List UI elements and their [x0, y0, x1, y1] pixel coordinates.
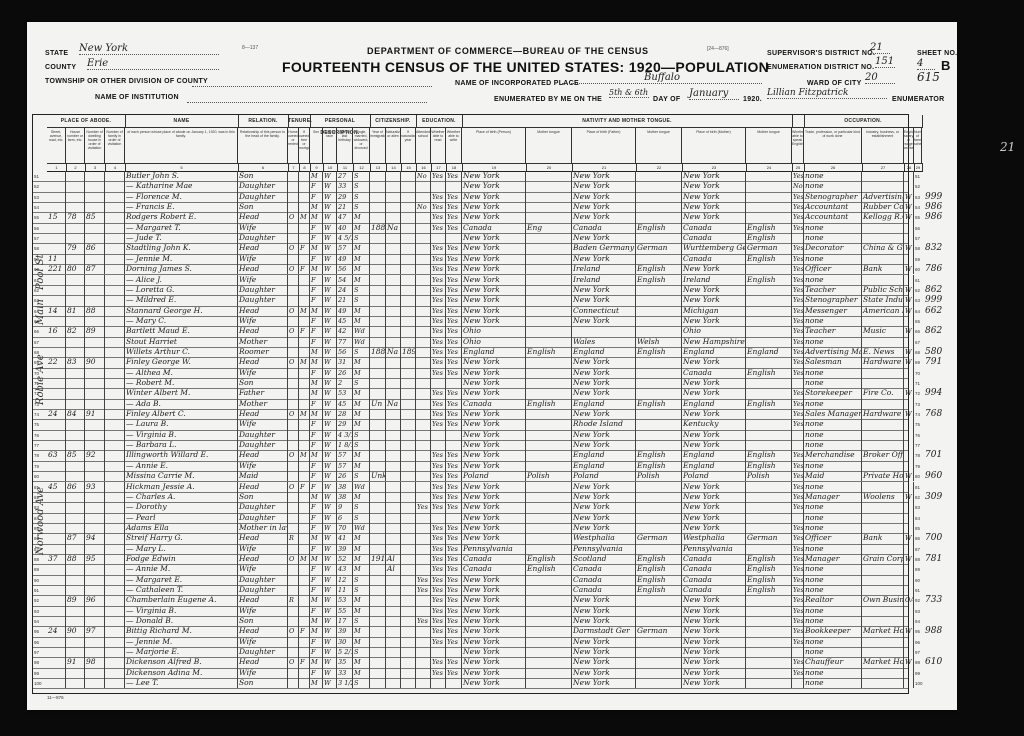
relation-cell: Daughter: [238, 513, 288, 523]
line-number-right: 97: [915, 650, 920, 655]
marital-cell: S: [353, 233, 370, 243]
dwelling-cell: [85, 544, 105, 554]
age-cell: 45: [337, 399, 353, 409]
employer-class-cell: W: [904, 212, 914, 222]
name-cell: Dickenson Adina M.: [125, 668, 238, 678]
relation-cell: Mother: [238, 337, 288, 347]
father-birthplace-cell: New York: [572, 616, 636, 626]
name-cell: Illingworth Willard E.: [125, 450, 238, 460]
race-cell: W: [323, 202, 337, 212]
relation-cell: Head: [238, 595, 288, 605]
naturalized-cell: [386, 192, 401, 202]
house-number-cell: [66, 347, 85, 357]
name-cell: — Charles A.: [125, 492, 238, 502]
column-header: House number or farm, etc.: [66, 127, 85, 163]
state-value: New York: [79, 43, 219, 55]
naturalized-year-cell: [401, 254, 416, 264]
father-tongue-cell: [636, 181, 682, 191]
speaks-english-cell: Yes: [792, 171, 804, 181]
read-cell: Yes: [431, 419, 446, 429]
mother-mother-tongue-cell: English: [746, 275, 792, 285]
name-cell: — Laura B.: [125, 419, 238, 429]
age-cell: 38: [337, 492, 353, 502]
relation-cell: Head: [238, 657, 288, 667]
school-cell: [416, 678, 431, 688]
tenure-cell: O: [288, 243, 299, 253]
sex-cell: F: [310, 181, 323, 191]
naturalized-year-cell: [401, 399, 416, 409]
marital-cell: S: [353, 181, 370, 191]
mother-birthplace-cell: New York: [682, 513, 746, 523]
naturalized-cell: [386, 544, 401, 554]
dwelling-cell: 89: [85, 326, 105, 336]
immigration-cell: [370, 171, 386, 181]
sheet-value: 4: [917, 58, 935, 70]
mother-mother-tongue-cell: [746, 419, 792, 429]
age-cell: 38: [337, 482, 353, 492]
marital-cell: M: [353, 388, 370, 398]
line-number-right: 71: [915, 381, 920, 386]
mortgage-cell: F: [299, 657, 310, 667]
birthplace-cell: England: [462, 347, 526, 357]
marital-cell: S: [353, 616, 370, 626]
line-number-right: 66: [915, 329, 920, 334]
race-cell: W: [323, 326, 337, 336]
mother-tongue-cell: [526, 264, 572, 274]
street-margin-note: Robie Ave: [35, 354, 46, 405]
race-cell: W: [323, 399, 337, 409]
family-cell: [105, 502, 125, 512]
write-cell: Yes: [446, 254, 462, 264]
relation-cell: Wife: [238, 461, 288, 471]
name-cell: — Jude T.: [125, 233, 238, 243]
immigration-cell: Unknown: [370, 471, 386, 481]
father-birthplace-cell: Westphalia: [572, 533, 636, 543]
column-header: Color or race: [323, 127, 337, 163]
immigration-cell: [370, 181, 386, 191]
father-tongue-cell: [636, 544, 682, 554]
father-tongue-cell: English: [636, 564, 682, 574]
race-cell: W: [323, 223, 337, 233]
mother-birthplace-cell: New York: [682, 657, 746, 667]
naturalized-cell: [386, 678, 401, 688]
family-cell: [105, 419, 125, 429]
mother-tongue-cell: [526, 430, 572, 440]
dwelling-cell: [85, 337, 105, 347]
sex-cell: F: [310, 471, 323, 481]
line-number-right: 92: [915, 598, 920, 603]
mortgage-cell: [299, 513, 310, 523]
mortgage-cell: F: [299, 626, 310, 636]
naturalized-cell: [386, 450, 401, 460]
naturalized-cell: [386, 430, 401, 440]
immigration-cell: [370, 388, 386, 398]
age-cell: 31: [337, 357, 353, 367]
occupation-cell: none: [804, 223, 862, 233]
industry-cell: [862, 482, 904, 492]
house-number-cell: 85: [66, 450, 85, 460]
speaks-english-cell: Yes: [792, 388, 804, 398]
age-cell: 49: [337, 254, 353, 264]
dwelling-cell: 87: [85, 264, 105, 274]
father-birthplace-cell: England: [572, 450, 636, 460]
naturalized-year-cell: [401, 243, 416, 253]
naturalized-year-cell: [401, 171, 416, 181]
father-tongue-cell: [636, 357, 682, 367]
sex-cell: M: [310, 378, 323, 388]
street-cell: [47, 171, 66, 181]
tenure-cell: [288, 616, 299, 626]
immigration-cell: 1888: [370, 223, 386, 233]
industry-cell: Grain Corp.: [862, 554, 904, 564]
birthplace-cell: New York: [462, 595, 526, 605]
employer-class-cell: [904, 513, 914, 523]
naturalized-year-cell: [401, 678, 416, 688]
father-birthplace-cell: New York: [572, 295, 636, 305]
write-cell: Yes: [446, 399, 462, 409]
age-cell: 47: [337, 212, 353, 222]
line-number: 52: [34, 184, 39, 189]
farm-schedule-cell: [924, 419, 964, 429]
mother-birthplace-cell: New York: [682, 430, 746, 440]
marital-cell: S: [353, 202, 370, 212]
tenure-cell: O: [288, 450, 299, 460]
mother-tongue-cell: [526, 502, 572, 512]
occupation-cell: Stenographer: [804, 192, 862, 202]
father-tongue-cell: [636, 295, 682, 305]
read-cell: Yes: [431, 264, 446, 274]
name-cell: — Mary L.: [125, 544, 238, 554]
tenure-cell: R: [288, 595, 299, 605]
mother-tongue-cell: [526, 513, 572, 523]
mother-tongue-cell: [526, 295, 572, 305]
farm-schedule-cell: [924, 275, 964, 285]
relation-cell: Head: [238, 626, 288, 636]
farm-schedule-cell: [924, 575, 964, 585]
occupation-cell: Storekeeper: [804, 388, 862, 398]
father-birthplace-cell: New York: [572, 595, 636, 605]
write-cell: [446, 440, 462, 450]
farm-schedule-cell: 999: [924, 192, 964, 202]
census-sheet: STATE New York COUNTY Erie TOWNSHIP OR O…: [27, 22, 957, 710]
tenure-cell: O: [288, 482, 299, 492]
naturalized-cell: [386, 461, 401, 471]
relation-cell: Head: [238, 212, 288, 222]
occupation-cell: Advertising Manager: [804, 347, 862, 357]
naturalized-cell: [386, 388, 401, 398]
mortgage-cell: [299, 202, 310, 212]
farm-schedule-cell: [924, 482, 964, 492]
speaks-english-cell: Yes: [792, 264, 804, 274]
occupation-cell: none: [804, 254, 862, 264]
enumeration-value: 151: [875, 56, 895, 68]
mother-birthplace-cell: Pennsylvania: [682, 544, 746, 554]
father-tongue-cell: English: [636, 347, 682, 357]
street-cell: [47, 564, 66, 574]
mother-birthplace-cell: New York: [682, 378, 746, 388]
father-tongue-cell: English: [636, 223, 682, 233]
school-cell: [416, 233, 431, 243]
age-cell: 57: [337, 461, 353, 471]
mother-birthplace-cell: Canada: [682, 233, 746, 243]
dwelling-cell: [85, 419, 105, 429]
industry-cell: Broker Office: [862, 450, 904, 460]
house-number-cell: [66, 223, 85, 233]
family-cell: [105, 544, 125, 554]
employer-class-cell: W: [904, 554, 914, 564]
write-cell: Yes: [446, 585, 462, 595]
column-header: Place of birth (Father): [572, 127, 636, 163]
farm-schedule-cell: 986: [924, 212, 964, 222]
occupation-cell: none: [804, 482, 862, 492]
mother-birthplace-cell: Michigan: [682, 306, 746, 316]
school-cell: [416, 523, 431, 533]
mother-tongue-cell: [526, 368, 572, 378]
age-cell: 21: [337, 202, 353, 212]
industry-cell: [862, 513, 904, 523]
read-cell: Yes: [431, 595, 446, 605]
mother-tongue-cell: [526, 482, 572, 492]
farm-schedule-cell: [924, 378, 964, 388]
age-cell: 21: [337, 295, 353, 305]
family-cell: [105, 212, 125, 222]
speaks-english-cell: Yes: [792, 657, 804, 667]
read-cell: Yes: [431, 399, 446, 409]
mother-mother-tongue-cell: [746, 523, 792, 533]
dwelling-cell: [85, 440, 105, 450]
father-birthplace-cell: New York: [572, 212, 636, 222]
employer-class-cell: [904, 668, 914, 678]
mortgage-cell: [299, 678, 310, 688]
relation-cell: Wife: [238, 564, 288, 574]
tenure-cell: [288, 378, 299, 388]
marital-cell: Wd: [353, 523, 370, 533]
employer-class-cell: [904, 275, 914, 285]
age-cell: 35: [337, 657, 353, 667]
mortgage-cell: [299, 223, 310, 233]
line-number: 51: [34, 174, 39, 179]
immigration-cell: [370, 264, 386, 274]
relation-cell: Head: [238, 450, 288, 460]
line-number: 54: [34, 205, 39, 210]
mother-mother-tongue-cell: [746, 357, 792, 367]
line-number-right: 78: [915, 453, 920, 458]
mother-tongue-cell: [526, 171, 572, 181]
age-cell: 56: [337, 347, 353, 357]
father-birthplace-cell: New York: [572, 637, 636, 647]
employer-class-cell: W: [904, 326, 914, 336]
relation-cell: Daughter: [238, 502, 288, 512]
read-cell: Yes: [431, 368, 446, 378]
speaks-english-cell: Yes: [792, 223, 804, 233]
dwelling-cell: [85, 388, 105, 398]
mother-mother-tongue-cell: [746, 181, 792, 191]
read-cell: Yes: [431, 554, 446, 564]
line-number-right: 87: [915, 547, 920, 552]
sex-cell: F: [310, 368, 323, 378]
family-cell: [105, 440, 125, 450]
house-number-cell: 86: [66, 482, 85, 492]
mother-mother-tongue-cell: English: [746, 233, 792, 243]
mother-birthplace-cell: England: [682, 461, 746, 471]
father-birthplace-cell: New York: [572, 378, 636, 388]
father-birthplace-cell: New York: [572, 233, 636, 243]
father-tongue-cell: [636, 595, 682, 605]
mother-birthplace-cell: Canada: [682, 575, 746, 585]
name-cell: Bartlett Maud E.: [125, 326, 238, 336]
sex-cell: M: [310, 264, 323, 274]
relation-cell: Daughter: [238, 575, 288, 585]
mother-mother-tongue-cell: [746, 647, 792, 657]
father-tongue-cell: [636, 606, 682, 616]
birthplace-cell: New York: [462, 482, 526, 492]
mortgage-cell: [299, 233, 310, 243]
mortgage-cell: M: [299, 554, 310, 564]
house-number-cell: [66, 440, 85, 450]
speaks-english-cell: Yes: [792, 554, 804, 564]
birthplace-cell: New York: [462, 378, 526, 388]
father-birthplace-cell: New York: [572, 409, 636, 419]
ward-label: WARD OF CITY: [807, 80, 862, 87]
marital-cell: S: [353, 347, 370, 357]
marital-cell: M: [353, 419, 370, 429]
industry-cell: State Industrial Com.: [862, 295, 904, 305]
mother-mother-tongue-cell: [746, 264, 792, 274]
read-cell: [431, 513, 446, 523]
name-cell: — Pearl: [125, 513, 238, 523]
relation-cell: Roomer: [238, 347, 288, 357]
farm-schedule-cell: 994: [924, 388, 964, 398]
employer-class-cell: [904, 419, 914, 429]
occupation-cell: Chauffeur: [804, 657, 862, 667]
tenure-cell: O: [288, 326, 299, 336]
line-number-right: 58: [915, 246, 920, 251]
mother-birthplace-cell: New York: [682, 285, 746, 295]
dwelling-cell: [85, 606, 105, 616]
employer-class-cell: [904, 461, 914, 471]
line-number: 92: [34, 598, 39, 603]
name-cell: Missina Carrie M.: [125, 471, 238, 481]
immigration-cell: Un: [370, 399, 386, 409]
tenure-cell: [288, 254, 299, 264]
mother-tongue-cell: [526, 668, 572, 678]
naturalized-year-cell: [401, 492, 416, 502]
column-header: Relationship of this person to the head …: [238, 127, 288, 163]
immigration-cell: [370, 678, 386, 688]
naturalized-cell: [386, 482, 401, 492]
father-tongue-cell: [636, 492, 682, 502]
mortgage-cell: [299, 368, 310, 378]
birthplace-cell: New York: [462, 233, 526, 243]
naturalized-year-cell: [401, 606, 416, 616]
street-cell: [47, 285, 66, 295]
write-cell: Yes: [446, 368, 462, 378]
mother-mother-tongue-cell: Polish: [746, 471, 792, 481]
speaks-english-cell: Yes: [792, 544, 804, 554]
marital-cell: M: [353, 637, 370, 647]
naturalized-cell: Al: [386, 564, 401, 574]
industry-cell: Market House: [862, 657, 904, 667]
birthplace-cell: New York: [462, 616, 526, 626]
age-cell: 3 1/2: [337, 678, 353, 688]
naturalized-year-cell: [401, 378, 416, 388]
write-cell: Yes: [446, 637, 462, 647]
street-cell: [47, 347, 66, 357]
dwelling-cell: 98: [85, 657, 105, 667]
family-cell: [105, 430, 125, 440]
table-row: 100— Lee T.SonMW3 1/2SNew YorkNew YorkNe…: [33, 678, 908, 689]
mother-mother-tongue-cell: [746, 502, 792, 512]
race-cell: W: [323, 430, 337, 440]
race-cell: W: [323, 440, 337, 450]
sex-cell: M: [310, 306, 323, 316]
farm-schedule-cell: 786: [924, 264, 964, 274]
naturalized-year-cell: [401, 554, 416, 564]
tenure-cell: [288, 223, 299, 233]
marital-cell: M: [353, 595, 370, 605]
immigration-cell: [370, 616, 386, 626]
family-cell: [105, 564, 125, 574]
age-cell: 33: [337, 668, 353, 678]
line-number-right: 82: [915, 495, 920, 500]
naturalized-year-cell: [401, 419, 416, 429]
speaks-english-cell: Yes: [792, 471, 804, 481]
age-cell: 43: [337, 564, 353, 574]
house-number-cell: [66, 254, 85, 264]
school-cell: [416, 647, 431, 657]
name-cell: — Margaret T.: [125, 223, 238, 233]
mother-mother-tongue-cell: [746, 668, 792, 678]
read-cell: [431, 181, 446, 191]
employer-class-cell: OA: [904, 595, 914, 605]
tenure-cell: [288, 502, 299, 512]
family-cell: [105, 523, 125, 533]
mortgage-cell: [299, 533, 310, 543]
read-cell: [431, 233, 446, 243]
industry-cell: [862, 254, 904, 264]
birthplace-cell: New York: [462, 171, 526, 181]
street-cell: [47, 202, 66, 212]
industry-cell: [862, 223, 904, 233]
column-header: Number of dwelling house in order of vis…: [85, 127, 105, 163]
mortgage-cell: [299, 564, 310, 574]
write-cell: Yes: [446, 595, 462, 605]
speaks-english-cell: Yes: [792, 616, 804, 626]
naturalized-cell: [386, 440, 401, 450]
street-cell: [47, 595, 66, 605]
dwelling-cell: [85, 637, 105, 647]
mother-birthplace-cell: New York: [682, 595, 746, 605]
speaks-english-cell: Yes: [792, 275, 804, 285]
read-cell: Yes: [431, 544, 446, 554]
farm-schedule-cell: [924, 647, 964, 657]
mother-mother-tongue-cell: [746, 678, 792, 688]
street-cell: [47, 295, 66, 305]
father-birthplace-cell: England: [572, 399, 636, 409]
tenure-cell: [288, 337, 299, 347]
mother-tongue-cell: [526, 192, 572, 202]
street-cell: [47, 337, 66, 347]
school-cell: [416, 388, 431, 398]
house-number-cell: 87: [66, 533, 85, 543]
father-birthplace-cell: [572, 326, 636, 336]
column-header: Year of immigration: [370, 127, 386, 163]
race-cell: W: [323, 254, 337, 264]
mother-tongue-cell: [526, 647, 572, 657]
column-header: of each person whose place of abode on J…: [125, 127, 238, 163]
father-tongue-cell: [636, 202, 682, 212]
write-cell: Yes: [446, 471, 462, 481]
